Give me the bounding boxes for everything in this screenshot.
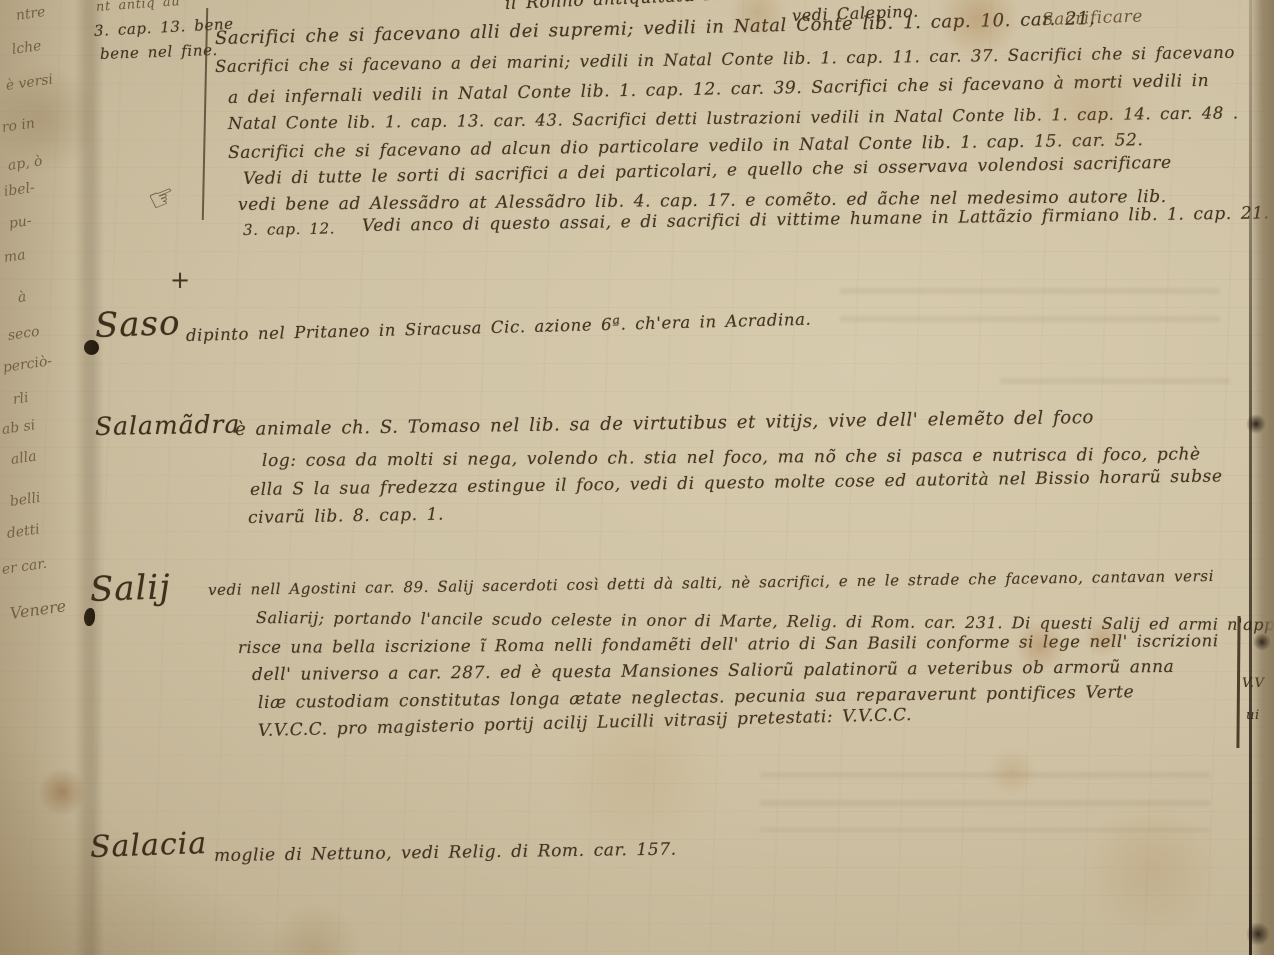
entry-line: Natal Conte lib. 1. cap. 13. car. 43. Sa… bbox=[228, 103, 1239, 133]
manuscript-page: ntre lche è versi ro in ap, ò ibel- pu- … bbox=[0, 0, 1274, 955]
page-edge-text-fragment: rli bbox=[12, 390, 30, 408]
entry-line: moglie di Nettuno, vedi Relig. di Rom. c… bbox=[214, 840, 677, 866]
page-edge-text-fragment: ma bbox=[3, 247, 27, 266]
page-edge-text-fragment: detti bbox=[6, 521, 41, 541]
entry-headword-salacia: Salacia bbox=[89, 826, 207, 865]
entry-line: log: cosa da molti si nega, volendo ch. … bbox=[262, 444, 1201, 471]
page-edge-text-fragment: lche bbox=[11, 38, 43, 58]
entry-line: Saliarij; portando l'ancile scudo celest… bbox=[256, 608, 1274, 634]
manicule-icon: ☞ bbox=[143, 177, 182, 220]
page-edge-text-fragment: è versi bbox=[5, 71, 54, 93]
left-page-edge-shade bbox=[0, 0, 78, 955]
entry-line: dipinto nel Pritaneo in Siracusa Cic. az… bbox=[186, 310, 812, 345]
margin-mark: ui bbox=[1246, 708, 1260, 723]
entry-line: dell' universo a car. 287. ed è questa M… bbox=[252, 657, 1175, 685]
entry-line: 3. cap. 12. bbox=[243, 219, 335, 239]
verso-bleed-through bbox=[840, 278, 1220, 328]
margin-note: bene nel fine. bbox=[100, 41, 219, 63]
entry-headword-salamandra: Salamãdra bbox=[95, 409, 241, 441]
page-edge-text-fragment: ibel- bbox=[3, 180, 36, 200]
margin-rule-line bbox=[202, 8, 208, 220]
page-edge-text-fragment: pu- bbox=[8, 213, 33, 232]
margin-note: 3. cap. 13. bene bbox=[94, 15, 235, 40]
page-edge-text-fragment: er car. bbox=[1, 556, 48, 578]
page-edge-text-fragment: ntre bbox=[15, 4, 47, 24]
page-edge-text-fragment: seco bbox=[7, 324, 41, 344]
page-edge-text-fragment: à bbox=[17, 289, 28, 306]
entry-line: è animale ch. S. Tomaso nel lib. sa de v… bbox=[235, 407, 1094, 440]
verso-bleed-through bbox=[1000, 368, 1230, 398]
page-edge-text-fragment: ab si bbox=[1, 417, 36, 437]
ink-blot bbox=[84, 340, 99, 355]
entry-line: vedi nell Agostini car. 89. Salij sacerd… bbox=[208, 567, 1214, 599]
entry-line: civarũ lib. 8. cap. 1. bbox=[248, 505, 444, 528]
right-page-edge-line bbox=[1249, 0, 1252, 955]
page-edge-text-fragment: ap, ò bbox=[7, 153, 44, 174]
ink-blot bbox=[84, 608, 95, 626]
cross-mark-icon: + bbox=[170, 266, 191, 294]
margin-note-fragment: nt antiq̃ au bbox=[95, 0, 180, 15]
page-edge-text-fragment: ro in bbox=[1, 115, 36, 135]
margin-mark: V.V bbox=[1242, 676, 1264, 691]
page-gutter-shadow bbox=[74, 0, 104, 955]
page-edge-text-fragment: perciò- bbox=[2, 353, 53, 376]
page-edge-text-fragment: belli bbox=[9, 490, 42, 510]
entry-line: risce una bella iscrizione ĩ Roma nelli … bbox=[238, 631, 1219, 657]
margin-bracket-line bbox=[1236, 616, 1240, 748]
entry-headword-salij: Salij bbox=[89, 567, 171, 610]
page-edge-text-fragment: Venere bbox=[9, 596, 68, 623]
right-page-edge-shade bbox=[1248, 0, 1274, 955]
entry-line: a dei infernali vedili in Natal Conte li… bbox=[228, 71, 1210, 108]
entry-headword-saso: Saso bbox=[94, 303, 181, 346]
entry-line: liæ custodiam constitutas longa ætate ne… bbox=[258, 682, 1134, 713]
page-edge-text-fragment: alla bbox=[10, 449, 38, 468]
entry-line: Sacrifici che si facevano alli dei supre… bbox=[215, 8, 1096, 49]
entry-line: ella S la sua fredezza estingue il foco,… bbox=[250, 466, 1223, 500]
verso-bleed-through bbox=[760, 762, 1210, 832]
entry-line: Sacrifici che si facevano a dei marini; … bbox=[215, 43, 1235, 76]
